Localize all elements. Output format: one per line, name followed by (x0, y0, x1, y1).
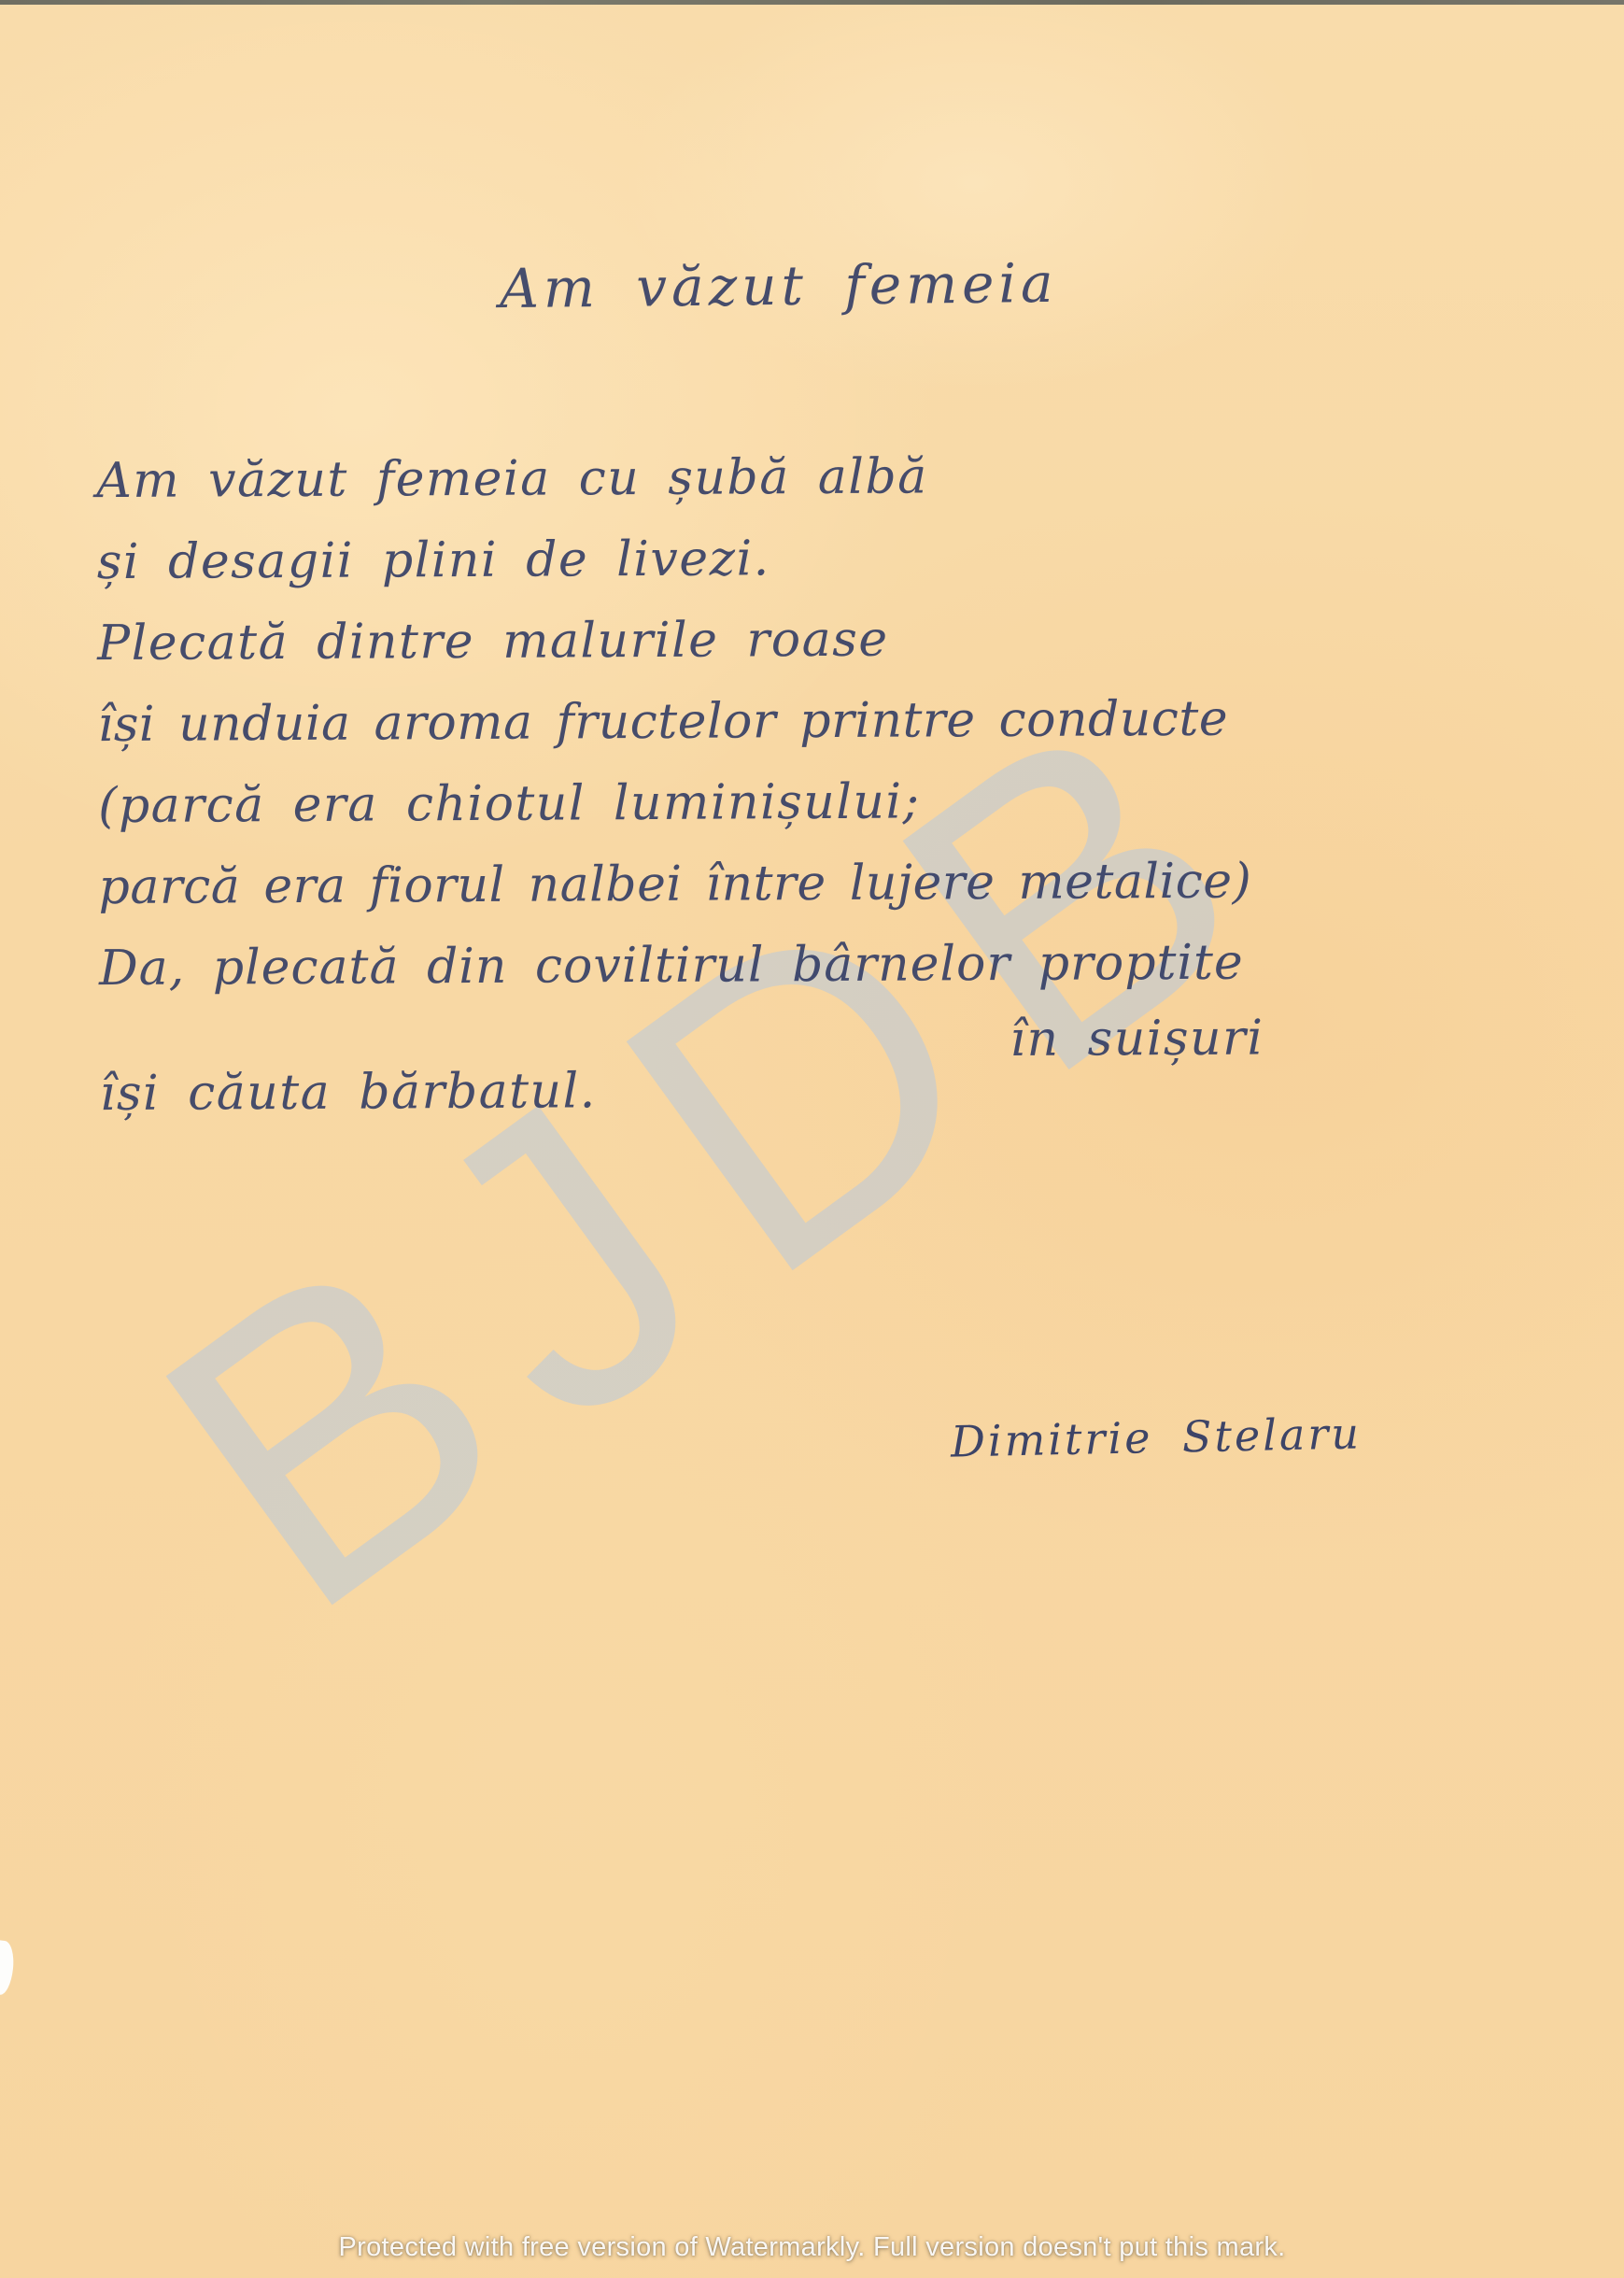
poem-title: Am văzut femeia (500, 251, 1058, 320)
poem-line: (parcă era chiotul luminișului; (98, 758, 1555, 847)
paper-tear-notch (0, 1940, 16, 1996)
author-signature: Dimitrie Stelaru (950, 1408, 1362, 1466)
poem-line: își căuta bărbatul. (100, 1046, 1557, 1135)
poem-line: și desagii plini de livezi. (97, 515, 1554, 603)
scanner-edge-strip (0, 0, 1624, 5)
poem-line: Plecată dintre malurile roase (97, 596, 1554, 685)
manuscript-scan-page: BJDB Am văzut femeia Am văzut femeia cu … (0, 0, 1624, 2278)
poem-body: Am văzut femeia cu șubă albă și desagii … (96, 433, 1557, 1135)
poem-line: Da, plecată din coviltirul bârnelor prop… (99, 921, 1556, 1010)
poem-line: își unduia aroma fructelor printre condu… (97, 677, 1554, 766)
watermarkly-notice: Protected with free version of Watermark… (0, 2232, 1624, 2263)
poem-line: parcă era fiorul nalbei între lujere met… (98, 840, 1555, 928)
poem-line: Am văzut femeia cu șubă albă (96, 433, 1553, 522)
